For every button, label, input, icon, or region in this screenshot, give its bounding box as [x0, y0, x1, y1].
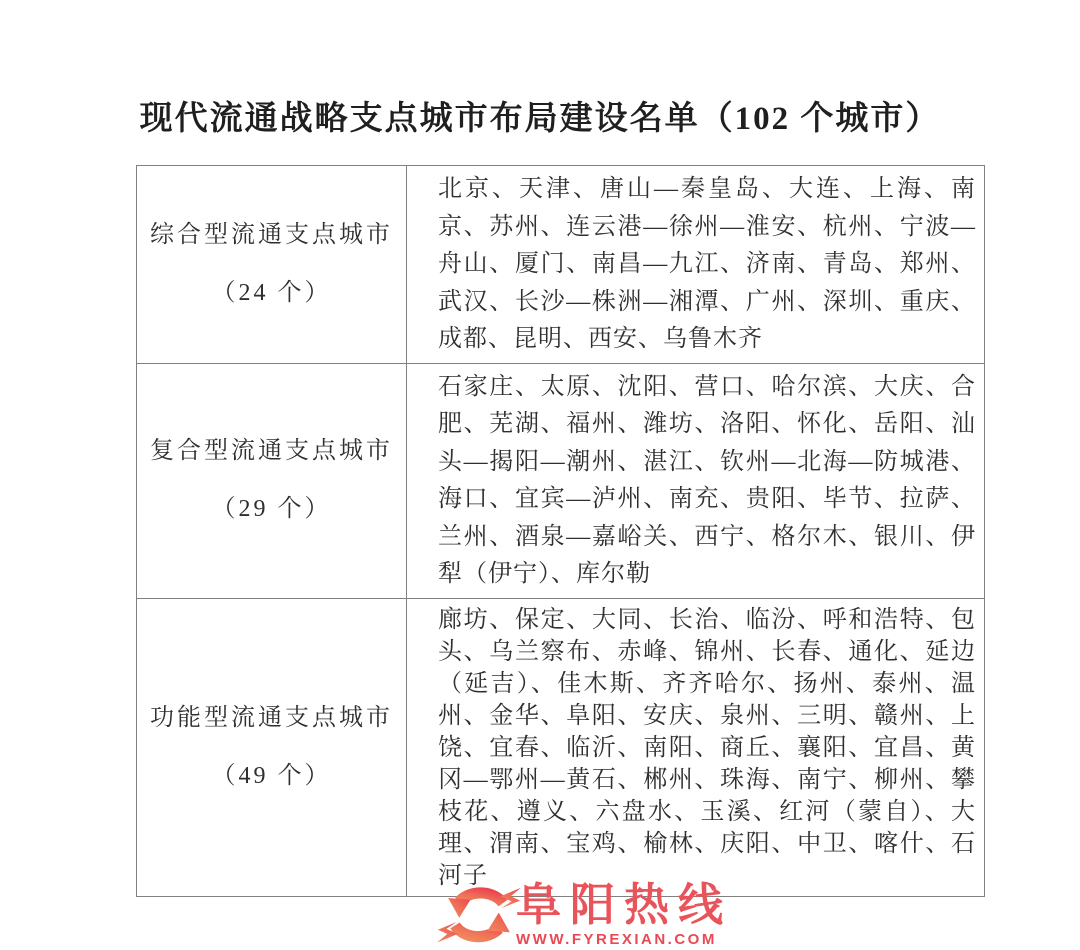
category-count: （29 个）	[137, 491, 406, 528]
table-row: 综合型流通支点城市 （24 个） 北京、天津、唐山—秦皇岛、大连、上海、南京、苏…	[137, 166, 985, 364]
category-label: 综合型流通支点城市	[137, 217, 406, 254]
cities-cell-composite: 石家庄、太原、沈阳、营口、哈尔滨、大庆、合肥、芜湖、福州、潍坊、洛阳、怀化、岳阳…	[407, 363, 985, 598]
table-row: 复合型流通支点城市 （29 个） 石家庄、太原、沈阳、营口、哈尔滨、大庆、合肥、…	[137, 363, 985, 598]
cycle-arrows-flame-icon	[434, 880, 524, 950]
site-name: 阜阳热线	[516, 882, 732, 928]
cities-cell-functional: 廊坊、保定、大同、长治、临汾、呼和浩特、包头、乌兰察布、赤峰、锦州、长春、通化、…	[407, 598, 985, 896]
site-url: WWW.FYREXIAN.COM	[516, 931, 732, 948]
category-label: 复合型流通支点城市	[137, 433, 406, 470]
page-title: 现代流通战略支点城市布局建设名单（102 个城市）	[0, 92, 1080, 139]
city-list-table: 综合型流通支点城市 （24 个） 北京、天津、唐山—秦皇岛、大连、上海、南京、苏…	[136, 165, 985, 897]
table-row: 功能型流通支点城市 （49 个） 廊坊、保定、大同、长治、临汾、呼和浩特、包头、…	[137, 598, 985, 896]
category-cell-composite: 复合型流通支点城市 （29 个）	[137, 363, 407, 598]
site-watermark: 阜阳热线 WWW.FYREXIAN.COM	[434, 880, 732, 950]
category-count: （49 个）	[137, 758, 406, 795]
category-cell-comprehensive: 综合型流通支点城市 （24 个）	[137, 166, 407, 364]
category-label: 功能型流通支点城市	[137, 700, 406, 737]
category-count: （24 个）	[137, 275, 406, 312]
category-cell-functional: 功能型流通支点城市 （49 个）	[137, 598, 407, 896]
site-logo-text: 阜阳热线 WWW.FYREXIAN.COM	[516, 880, 732, 948]
cities-cell-comprehensive: 北京、天津、唐山—秦皇岛、大连、上海、南京、苏州、连云港—徐州—淮安、杭州、宁波…	[407, 166, 985, 364]
